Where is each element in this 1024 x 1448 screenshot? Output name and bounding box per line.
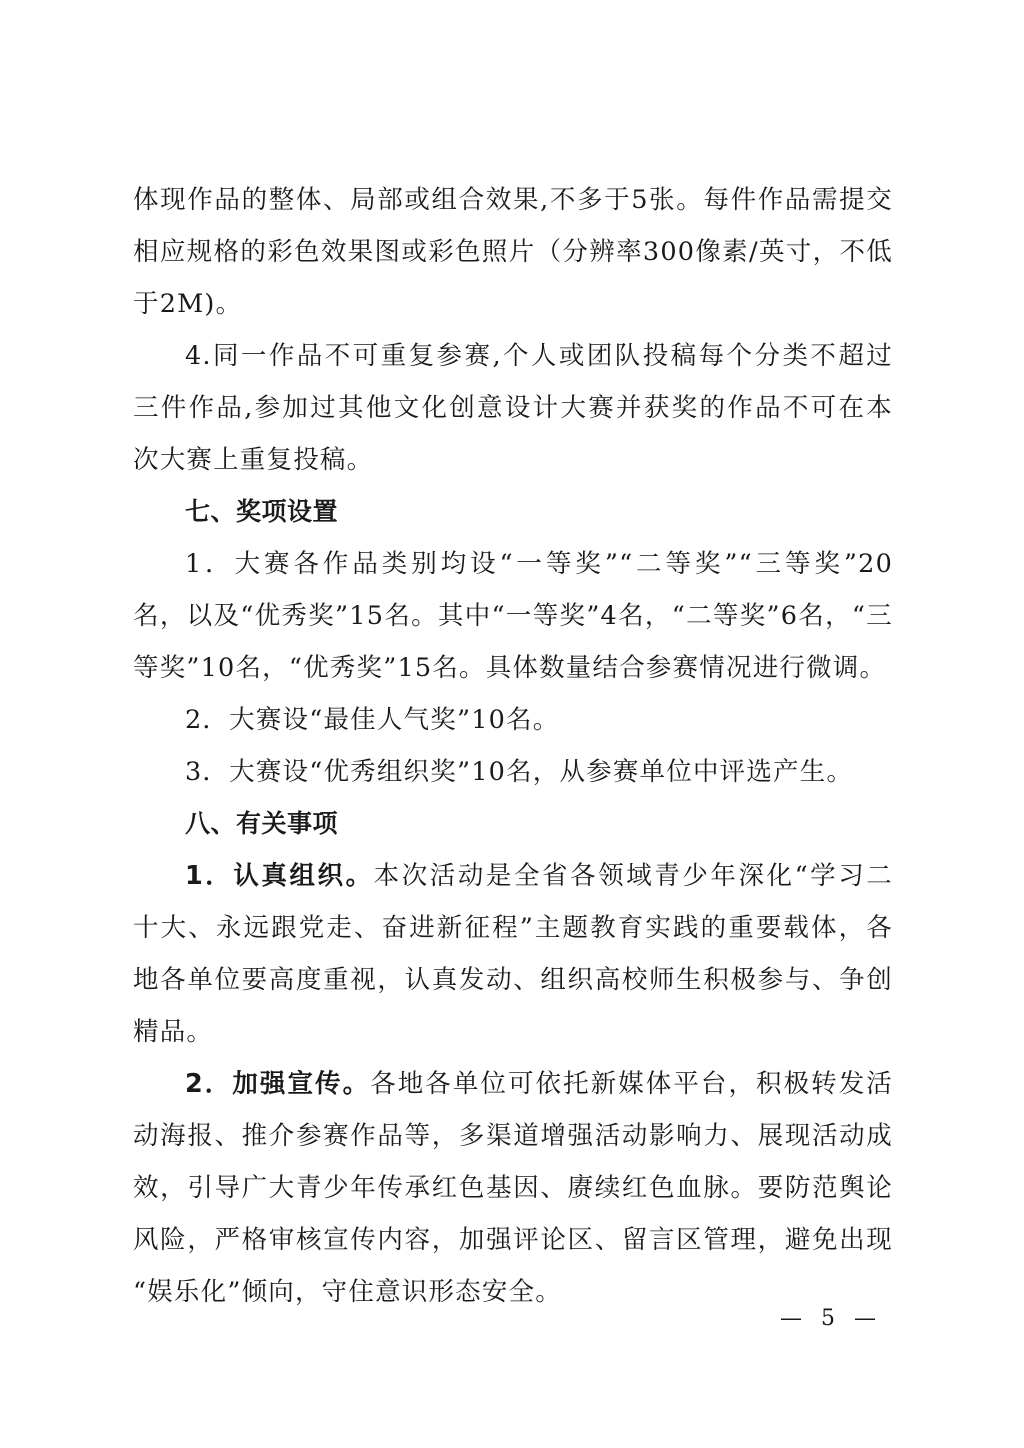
matters-item-2-first-line: 2．加强宣传。各地各单位可依托新媒体平台，积极转发活 [133,1058,893,1110]
section-heading-matters: 八、有关事项 [133,798,893,850]
item-4-line: 次大赛上重复投稿。 [133,434,893,486]
page-number: — 5 — [780,1306,882,1331]
awards-item-1-line: 等奖”10名，“优秀奖”15名。具体数量结合参赛情况进行微调。 [133,642,893,694]
awards-item-1-line: 1．大赛各作品类别均设“一等奖”“二等奖”“三等奖”20 [133,538,893,590]
matters-item-1-line: 精品。 [133,1006,893,1058]
matters-item-2-line: “娱乐化”倾向，守住意识形态安全。 [133,1266,893,1318]
matters-item-1-first-line: 1．认真组织。本次活动是全省各领域青少年深化“学习二 [133,850,893,902]
document-page: 体现作品的整体、局部或组合效果,不多于5张。每件作品需提交 相应规格的彩色效果图… [133,174,893,1318]
matters-item-1-text: 本次活动是全省各领域青少年深化“学习二 [374,861,893,891]
matters-item-2-line: 效，引导广大青少年传承红色基因、赓续红色血脉。要防范舆论 [133,1162,893,1214]
awards-item-2: 2．大赛设“最佳人气奖”10名。 [133,694,893,746]
item-4-line: 4.同一作品不可重复参赛,个人或团队投稿每个分类不超过 [133,330,893,382]
paragraph-line: 相应规格的彩色效果图或彩色照片（分辨率300像素/英寸，不低 [133,226,893,278]
matters-item-1-line: 十大、永远跟党走、奋进新征程”主题教育实践的重要载体，各 [133,902,893,954]
matters-item-2-line: 风险，严格审核宣传内容，加强评论区、留言区管理，避免出现 [133,1214,893,1266]
matters-item-2-text: 各地各单位可依托新媒体平台，积极转发活 [370,1069,893,1099]
section-heading-awards: 七、奖项设置 [133,486,893,538]
matters-item-1-lead: 1．认真组织。 [185,861,374,891]
paragraph-line: 于2M)。 [133,278,893,330]
awards-item-1-line: 名，以及“优秀奖”15名。其中“一等奖”4名，“二等奖”6名，“三 [133,590,893,642]
matters-item-2-line: 动海报、推介参赛作品等，多渠道增强活动影响力、展现活动成 [133,1110,893,1162]
item-4-line: 三件作品,参加过其他文化创意设计大赛并获奖的作品不可在本 [133,382,893,434]
matters-item-2-lead: 2．加强宣传。 [185,1069,370,1099]
awards-item-3: 3．大赛设“优秀组织奖”10名，从参赛单位中评选产生。 [133,746,893,798]
matters-item-1-line: 地各单位要高度重视，认真发动、组织高校师生积极参与、争创 [133,954,893,1006]
paragraph-line: 体现作品的整体、局部或组合效果,不多于5张。每件作品需提交 [133,174,893,226]
